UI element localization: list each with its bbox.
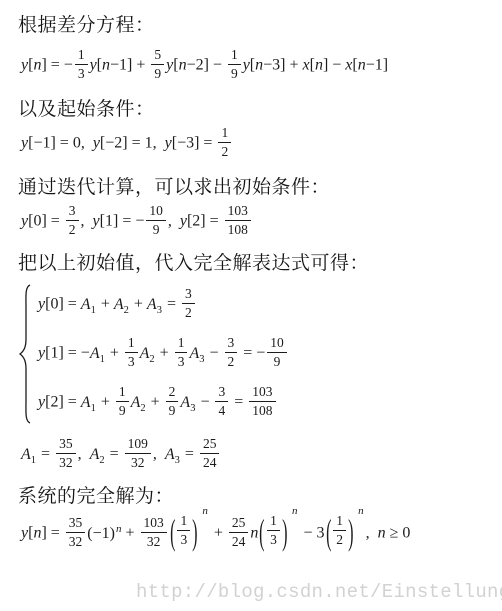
math-run: A [180,394,190,411]
subscript: 2 [149,354,154,365]
math-run: 9 [231,66,238,81]
subscript: 1 [91,305,96,316]
math-run: 3 [199,354,204,365]
math-run: + [97,296,114,313]
math-run: (−1) [87,525,115,542]
fraction: 13 [177,513,190,547]
subscript: 3 [175,455,180,466]
subscripted-variable: A1 [81,296,97,313]
math-run: A [90,446,100,463]
math-run: y[n−2] − [166,57,226,74]
system-equation-line: y[0] = A1 + A2 + A3 = 32 [35,288,289,322]
subscripted-variable: A3 [180,394,196,411]
subscripted-variable: A1 [90,345,106,362]
math-run: 9 [274,354,281,369]
math-run: 32 [131,455,145,470]
subscripted-variable: A2 [90,446,106,463]
math-run: 32 [69,534,83,549]
fraction: 29 [166,384,179,418]
exponent: n [292,505,298,517]
math-run: 3 [228,335,235,350]
paren-power-group: (12)n [326,515,354,549]
math-run: n [292,505,298,517]
math-run: A [90,345,100,362]
math-run: 9 [169,403,176,418]
math-run: A [81,394,91,411]
fraction: 103108 [225,203,251,237]
right-paren: ) [348,514,353,550]
document: 根据差分方程：y[n] = −13y[n−1] + 59y[n−2] − 19y… [0,0,502,551]
fraction: 10332 [141,515,167,549]
subscript: 2 [99,455,104,466]
math-run: A [21,446,31,463]
math-run: 2 [221,144,228,159]
equation-complete-solution: y[n] = 3532(−1)n + 10332(13)n + 2524n(13… [18,517,502,551]
fraction: 34 [215,384,228,418]
math-run: − [205,345,222,362]
math-run: 35 [69,515,83,530]
equation-coefficients: A1 = 3532, A2 = 10932, A3 = 2524 [18,438,502,472]
subscripted-variable: A1 [21,446,37,463]
equation-initial-values: y[0] = 32, y[1] = −109, y[2] = 103108 [18,205,502,239]
math-run: 1 [91,305,96,316]
math-run: − [196,394,213,411]
paren-power-group: (13)n [170,515,198,549]
math-run: 3 [185,286,192,301]
fraction: 32 [66,203,79,237]
math-run: 1 [336,513,343,528]
math-run: 3 [218,384,225,399]
subscript: 1 [91,403,96,414]
math-run: 2 [169,384,176,399]
math-run: + [210,525,227,542]
paren-power-group: (13)n [259,515,287,549]
equation-system: y[0] = A1 + A2 + A3 = 32y[1] = −A1 + 13A… [18,283,502,425]
math-run: 1 [100,354,105,365]
subscripted-variable: A2 [114,296,130,313]
math-run: y[n−1] + [90,57,150,74]
subscripted-variable: A2 [131,394,147,411]
math-run: 1 [31,455,36,466]
subscripted-variable: A2 [140,345,156,362]
math-run: y[0] = [38,296,81,313]
left-brace-icon [18,283,32,425]
exponent: n [202,505,208,517]
math-run: 24 [203,455,217,470]
watermark-url: http://blog.csdn.net/Einstellung [136,581,502,603]
math-run: + [130,296,147,313]
math-run: 2 [124,305,129,316]
math-run: 25 [232,515,246,530]
system-equation-line: y[1] = −A1 + 13A2 + 13A3 − 32 = −109 [35,337,289,371]
right-paren: ) [192,514,197,550]
power-group: (−1)n [87,525,121,542]
subscript: 3 [190,403,195,414]
math-run: y[1] = − [38,345,90,362]
math-run: n [358,505,364,517]
subscripted-variable: A1 [81,394,97,411]
math-run: 2 [140,403,145,414]
subscript: 1 [100,354,105,365]
math-run: y[n] = [21,525,64,542]
right-paren: ) [282,514,287,550]
math-run: 3 [175,455,180,466]
fraction: 2524 [229,515,249,549]
math-run: 108 [228,222,248,237]
math-run: 10 [270,335,284,350]
math-run: = − [239,345,265,362]
math-run: 1 [119,384,126,399]
math-run: = [106,446,123,463]
exponent: n [358,505,364,517]
math-run: 1 [231,47,238,62]
math-run: + [97,394,114,411]
fraction: 13 [267,513,280,547]
fraction: 10932 [125,436,151,470]
math-run: 1 [128,335,135,350]
content-sections: 根据差分方程：y[n] = −13y[n−1] + 59y[n−2] − 19y… [18,14,502,551]
math-run: 2 [149,354,154,365]
math-run: y[n−3] + x[n] − x[n−1] [243,57,388,74]
math-run: A [189,345,199,362]
equation-initial-conditions: y[−1] = 0, y[−2] = 1, y[−3] = 12 [18,127,502,161]
math-run: 32 [147,534,161,549]
math-run: 1 [91,403,96,414]
math-run: 1 [78,47,85,62]
fraction: 109 [146,203,166,237]
fraction: 13 [75,47,88,81]
math-run: , y[1] = − [81,213,145,230]
left-paren: ( [326,514,331,550]
math-run: 5 [154,47,161,62]
fraction: 13 [125,335,138,369]
math-run: , [153,446,165,463]
math-run: + [147,394,164,411]
math-run: 1 [270,513,277,528]
label-iterative-computation: 通过迭代计算，可以求出初始条件： [18,176,502,199]
fraction: 109 [267,335,287,369]
math-run: 3 [190,403,195,414]
math-run: + [121,525,138,542]
fraction: 3532 [66,515,86,549]
subscripted-variable: A3 [147,296,163,313]
math-run: y[n] = − [21,57,73,74]
subscript: 3 [199,354,204,365]
fraction: 12 [218,125,231,159]
math-run: 9 [154,66,161,81]
math-run: 103 [228,203,248,218]
math-run: 3 [78,66,85,81]
math-run: 3 [270,532,277,547]
math-run: 25 [203,436,217,451]
system-equation-line: y[2] = A1 + 19A2 + 29A3 − 34 = 103108 [35,386,289,420]
math-run: 1 [180,513,187,528]
math-run: 2 [99,455,104,466]
math-run: A [147,296,157,313]
label-substitute-values: 把以上初始值，代入完全解表达式可得： [18,252,502,275]
fraction: 19 [116,384,129,418]
math-run: n [250,525,258,542]
system-equations: y[0] = A1 + A2 + A3 = 32y[1] = −A1 + 13A… [35,288,289,420]
math-run: 3 [128,354,135,369]
math-run: y[2] = [38,394,81,411]
left-paren: ( [260,514,265,550]
math-run: 32 [59,455,73,470]
fraction: 19 [228,47,241,81]
fraction: 32 [225,335,238,369]
math-run: = [37,446,54,463]
math-run: A [165,446,175,463]
math-run: y[−1] = 0, y[−2] = 1, y[−3] = [21,135,216,152]
subscript: 1 [31,455,36,466]
math-run: − 3 [299,525,324,542]
math-run: 9 [119,403,126,418]
math-run: 35 [59,436,73,451]
math-run: , n ≥ 0 [366,525,411,542]
math-run: A [114,296,124,313]
math-run: n [202,505,208,517]
math-run: 1 [178,335,185,350]
math-run: 103 [252,384,272,399]
math-run: y[0] = [21,213,64,230]
math-run: 1 [221,125,228,140]
label-complete-solution: 系统的完全解为： [18,485,502,508]
fraction: 12 [333,513,346,547]
fraction: 2524 [200,436,220,470]
math-run: 109 [128,436,148,451]
fraction: 59 [151,47,164,81]
math-run: = [163,296,180,313]
math-run: 24 [232,534,246,549]
math-run: 2 [69,222,76,237]
math-run: 3 [69,203,76,218]
fraction: 3532 [56,436,76,470]
math-run: , [78,446,90,463]
math-run: A [131,394,141,411]
math-run: A [81,296,91,313]
math-run: 2 [185,305,192,320]
subscripted-variable: A3 [189,345,205,362]
subscript: 2 [124,305,129,316]
math-run: 3 [178,354,185,369]
left-paren: ( [170,514,175,550]
math-run: 4 [218,403,225,418]
equation-difference: y[n] = −13y[n−1] + 59y[n−2] − 19y[n−3] +… [18,49,502,83]
subscript: 2 [140,403,145,414]
math-run: 9 [153,222,160,237]
label-difference-equation: 根据差分方程： [18,14,502,37]
math-run: , y[2] = [168,213,223,230]
math-run: 2 [336,532,343,547]
math-run: + [156,345,173,362]
fraction: 13 [175,335,188,369]
math-run: 108 [252,403,272,418]
fraction: 32 [182,286,195,320]
math-run: A [140,345,150,362]
subscript: 3 [157,305,162,316]
math-run: 10 [149,203,163,218]
math-run: 103 [144,515,164,530]
math-run: + [106,345,123,362]
math-run: 3 [157,305,162,316]
subscripted-variable: A3 [165,446,181,463]
math-run: = [230,394,247,411]
math-run: 3 [180,532,187,547]
math-run: 2 [228,354,235,369]
math-run: = [181,446,198,463]
label-initial-conditions: 以及起始条件： [18,98,502,121]
fraction: 103108 [249,384,275,418]
